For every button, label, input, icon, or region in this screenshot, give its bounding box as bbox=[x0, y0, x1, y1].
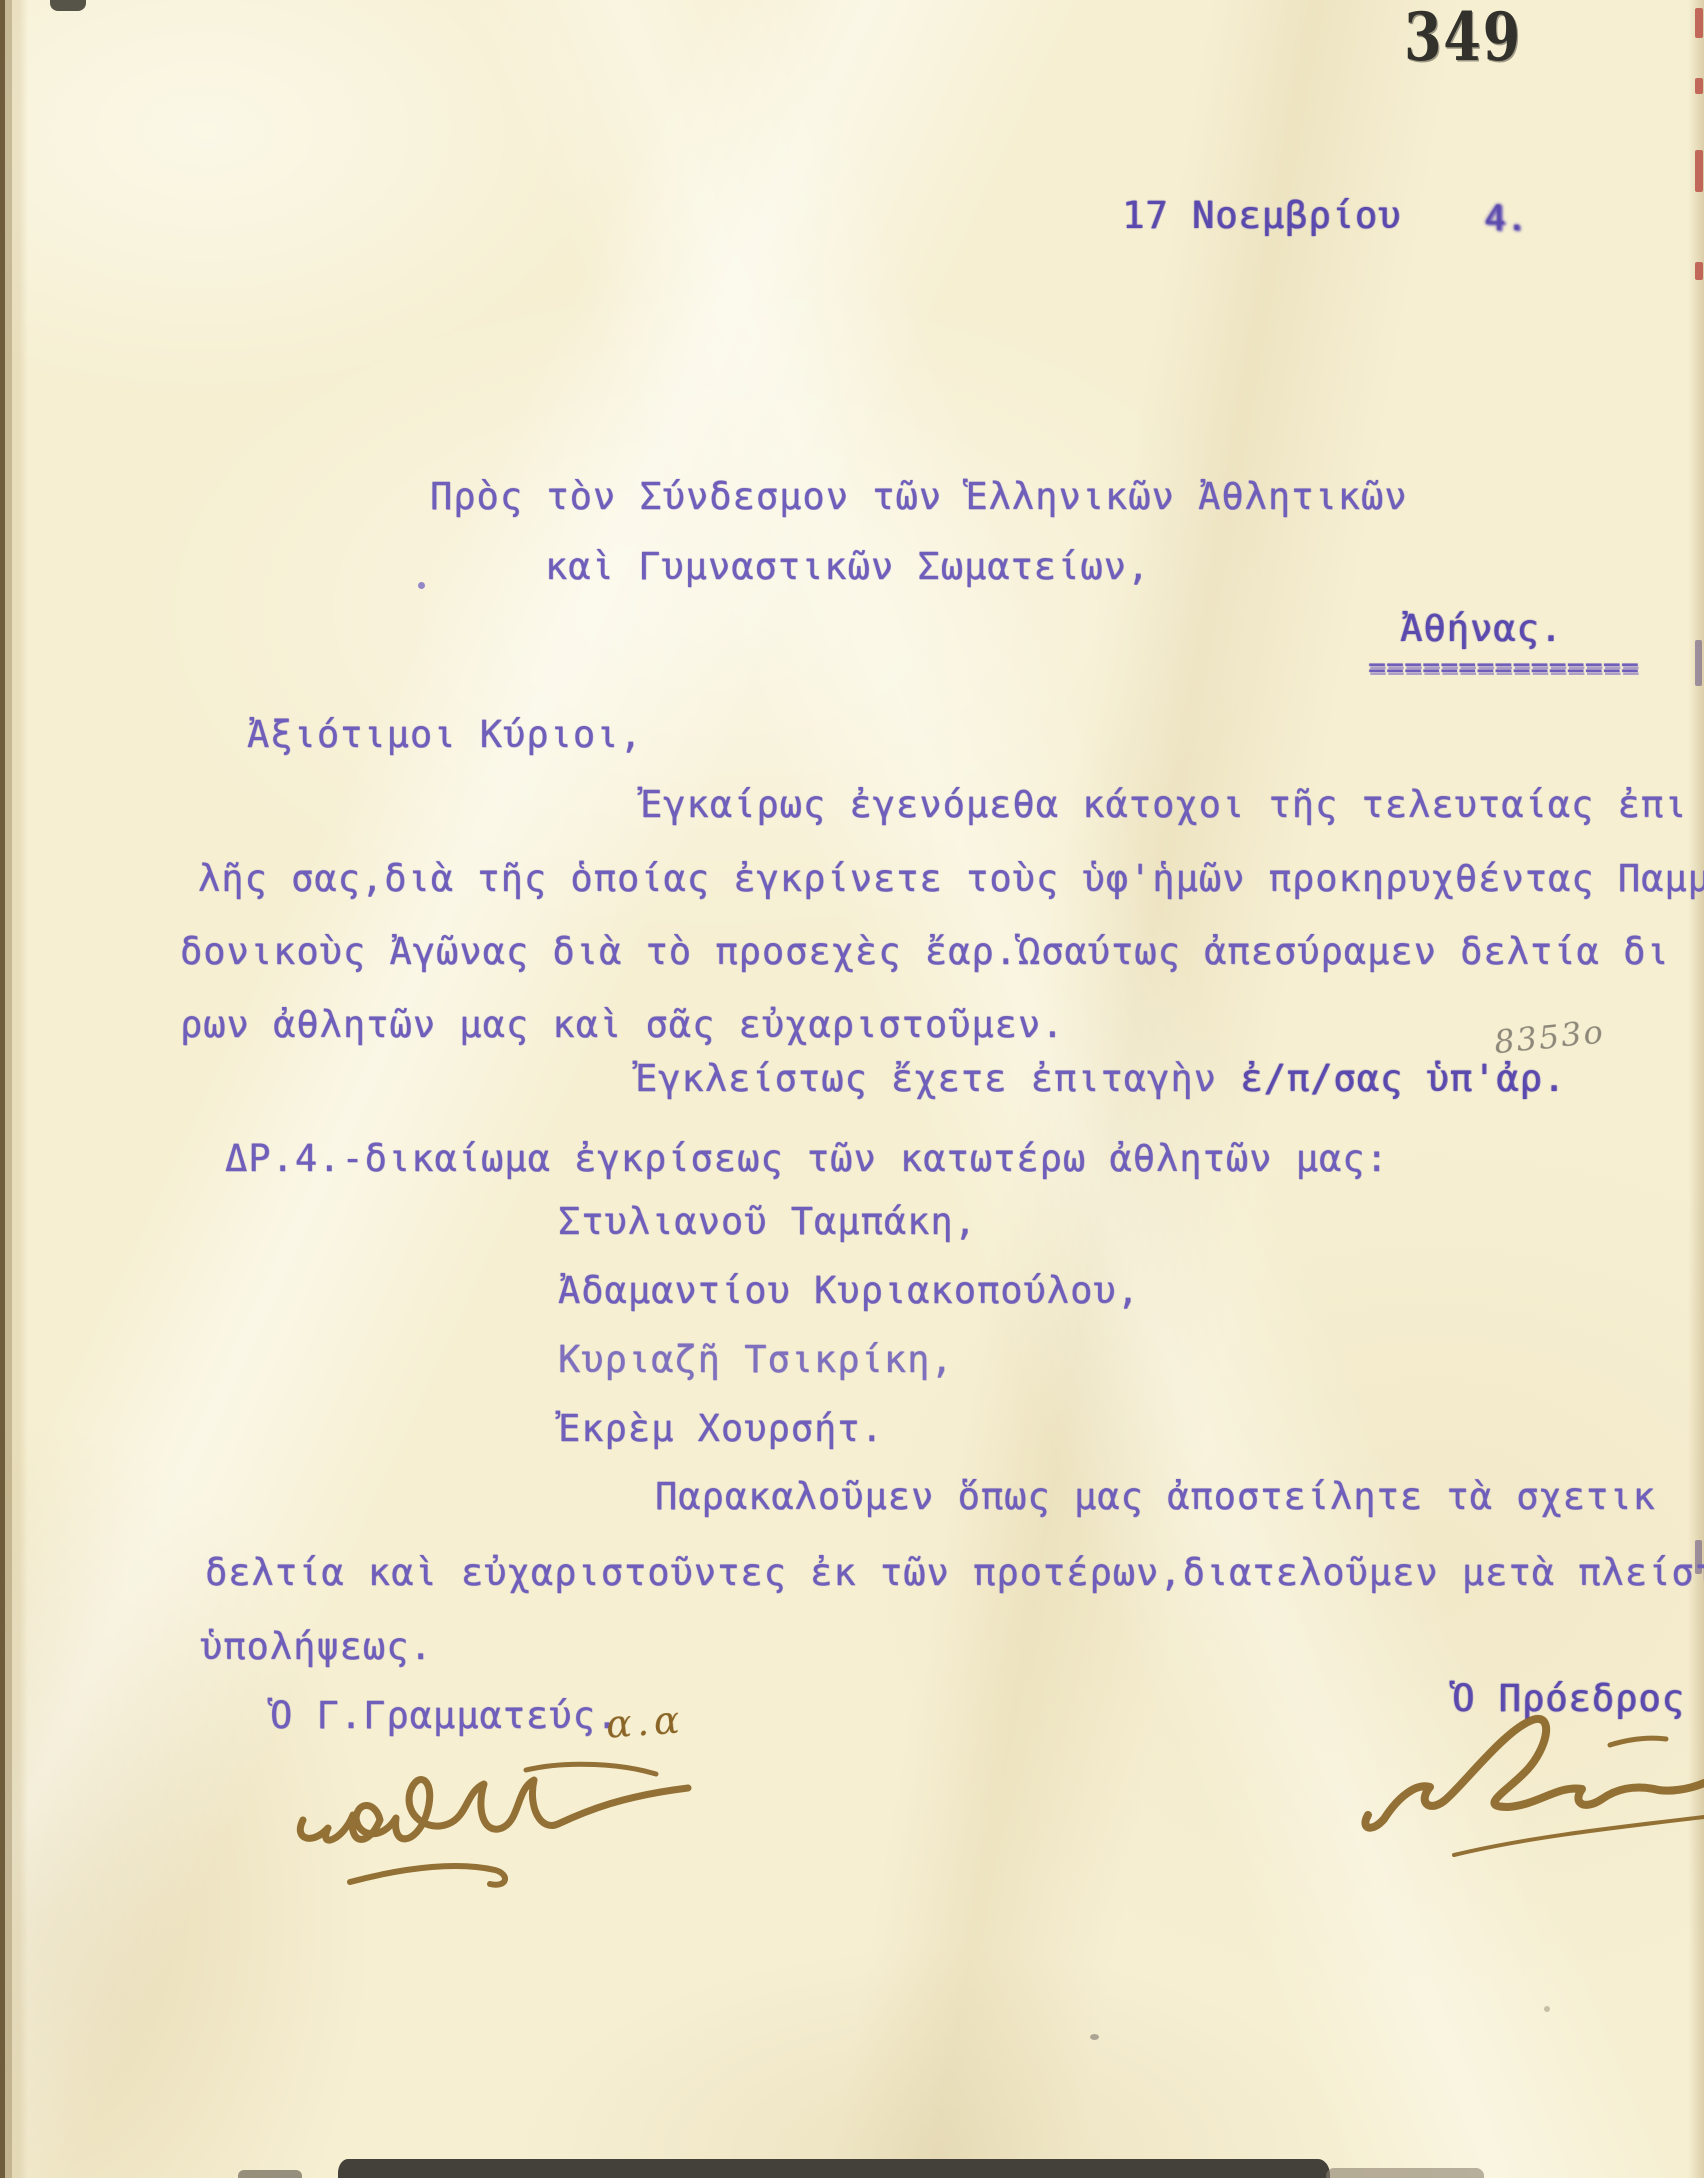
secretary-title: Ὁ Γ.Γραμματεύς. bbox=[270, 1697, 619, 1734]
pencil-number-note: 8353ο bbox=[1492, 1012, 1606, 1061]
city-underline: =============== bbox=[1368, 650, 1639, 685]
page-number-stamp: 349 bbox=[1404, 4, 1522, 70]
athlete-list-item: Ἐκρὲμ Χουρσήτ. bbox=[558, 1410, 884, 1447]
recipient-line-2: καὶ Γυμναστικῶν Σωματείων, bbox=[545, 548, 1150, 585]
recipient-city: Ἀθήνας. bbox=[1400, 610, 1563, 647]
athlete-list-item: Ἀδαμαντίου Κυριακοπούλου, bbox=[558, 1272, 1140, 1309]
paper-speck bbox=[1544, 2006, 1550, 2012]
salutation: Ἀξιότιμοι Κύριοι, bbox=[247, 716, 643, 753]
top-edge-notch bbox=[50, 0, 86, 11]
president-signature bbox=[1358, 1703, 1704, 1878]
p2-line1-bold: ἐ/π/σας ὑπ'ἀρ. bbox=[1240, 1057, 1566, 1100]
athlete-list-item: Στυλιανοῦ Ταμπάκη, bbox=[558, 1203, 977, 1240]
ink-speck bbox=[418, 582, 425, 589]
red-edge-mark bbox=[1695, 262, 1703, 280]
letter-scan-page: 349 17 Νοεμβρίου 4. Πρὸς τὸν Σύνδεσμον τ… bbox=[0, 0, 1704, 2178]
p2-line1-normal: Ἐγκλείστως ἔχετε ἐπιταγὴν bbox=[635, 1057, 1240, 1100]
page-left-edge bbox=[0, 0, 28, 2178]
recipient-line-1: Πρὸς τὸν Σύνδεσμον τῶν Ἑλληνικῶν Ἀθλητικ… bbox=[430, 478, 1408, 515]
red-edge-mark bbox=[1695, 150, 1703, 192]
body-p2-line2: ΔΡ.4.-δικαίωμα ἐγκρίσεως τῶν κατωτέρω ἀθ… bbox=[225, 1140, 1389, 1177]
red-edge-mark bbox=[1695, 78, 1703, 94]
date-line: 17 Νοεμβρίου bbox=[1122, 197, 1401, 234]
body-p3-line3: ὑπολήψεως. bbox=[200, 1628, 433, 1665]
bottom-scan-nub bbox=[238, 2170, 302, 2178]
bottom-scan-shadow bbox=[338, 2159, 1330, 2178]
body-p1-line1: Ἐγκαίρως ἐγενόμεθα κάτοχοι τῆς τελευταία… bbox=[640, 786, 1687, 823]
body-p2-line1: Ἐγκλείστως ἔχετε ἐπιταγὴν ἐ/π/σας ὑπ'ἀρ. bbox=[635, 1060, 1566, 1097]
body-p1-line2: λῆς σας,διὰ τῆς ὁποίας ἐγκρίνετε τοὺς ὑφ… bbox=[198, 860, 1704, 897]
bottom-scan-shadow-light bbox=[1326, 2168, 1484, 2178]
paper-speck bbox=[1090, 2034, 1099, 2040]
body-p3-line1: Παρακαλοῦμεν ὅπως μας ἀποστείλητε τὰ σχε… bbox=[655, 1478, 1656, 1515]
body-p1-line4: ρων ἀθλητῶν μας καὶ σᾶς εὐχαριστοῦμεν. bbox=[180, 1006, 1064, 1043]
date-smudge-mark: 4. bbox=[1484, 198, 1527, 239]
secretary-signature bbox=[288, 1738, 718, 1908]
body-p1-line3: δονικοὺς Ἀγῶνας διὰ τὸ προσεχὲς ἔαρ.Ὡσαύ… bbox=[180, 933, 1670, 970]
athlete-list-item: Κυριαζῆ Τσικρίκη, bbox=[558, 1341, 954, 1378]
dark-edge-mark bbox=[1695, 640, 1702, 686]
red-edge-mark bbox=[1695, 8, 1703, 38]
body-p3-line2: δελτία καὶ εὐχαριστοῦντες ἐκ τῶν προτέρω… bbox=[205, 1554, 1704, 1591]
